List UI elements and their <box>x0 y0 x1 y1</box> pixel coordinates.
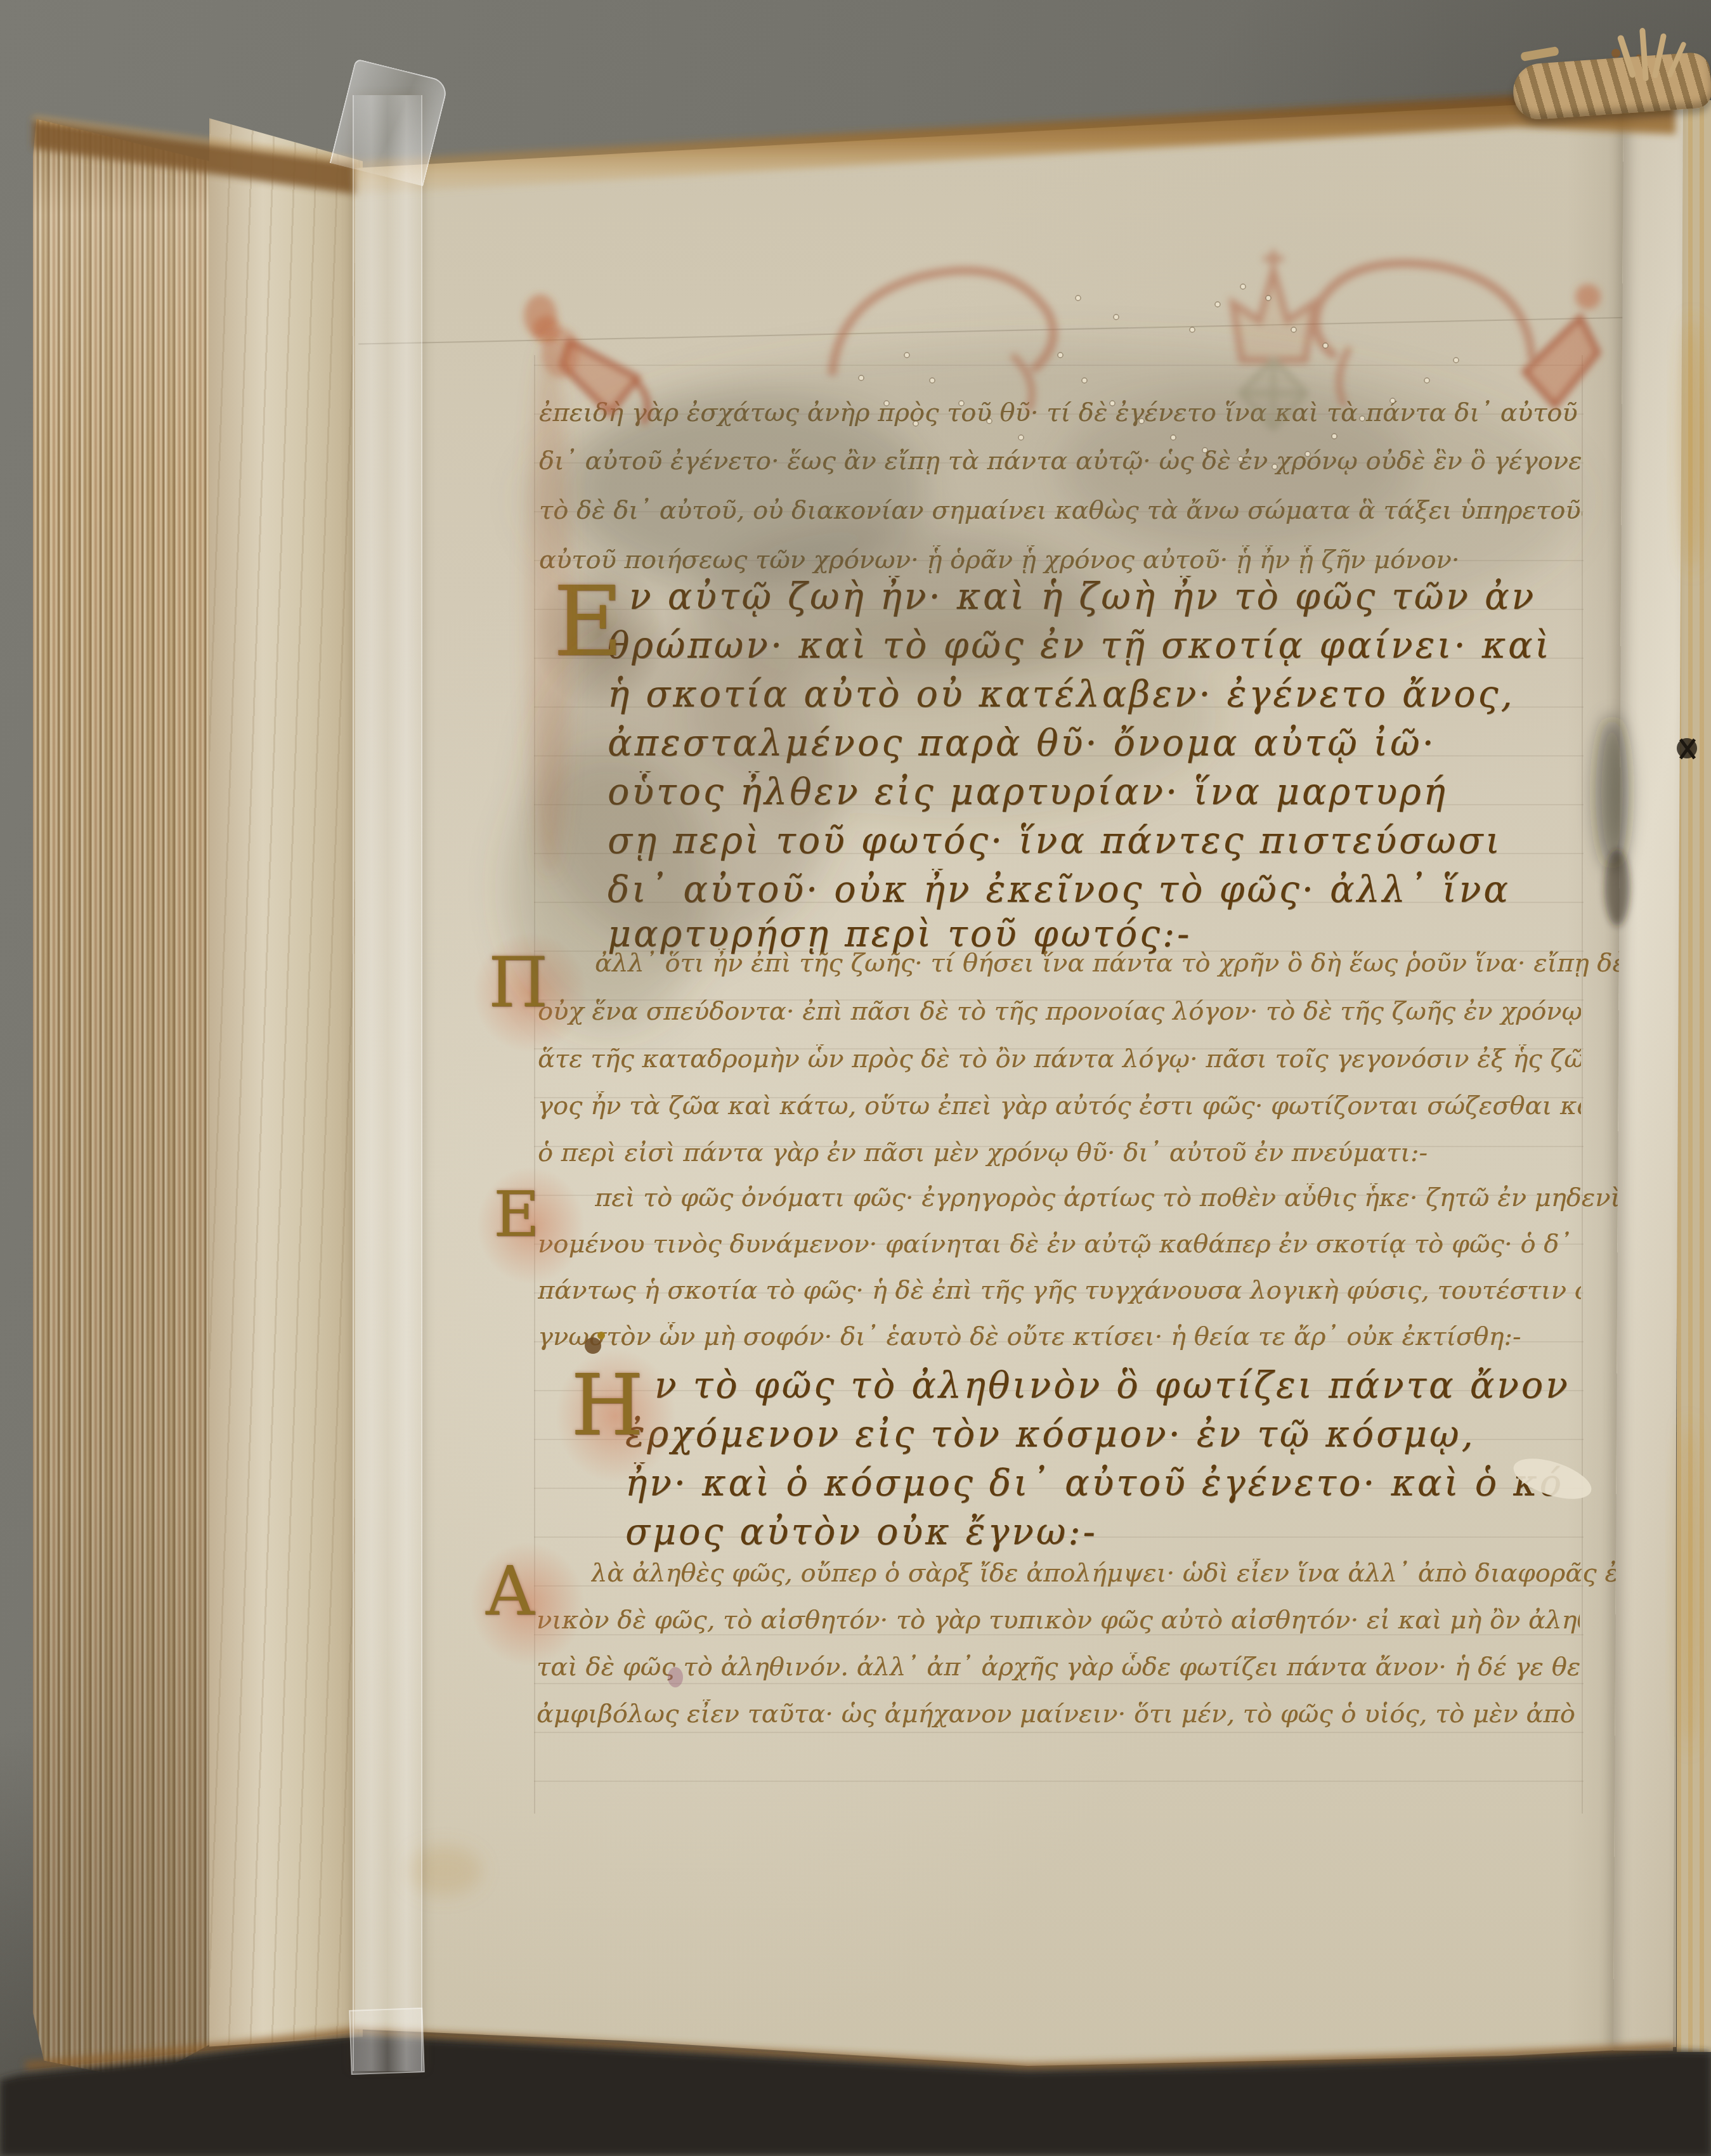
commentary-line: νικὸν δὲ φῶς, τὸ αἰσθητόν· τὸ γὰρ τυπικὸ… <box>537 1606 1580 1635</box>
commentary-line: δι᾽ αὐτοῦ ἐγένετο· ἕως ἂν εἴπῃ τὰ πάντα … <box>539 446 1582 476</box>
vellum-guard-left <box>209 107 363 2058</box>
commentary-line: ἐπειδὴ γὰρ ἐσχάτως ἀνὴρ πρὸς τοῦ θῦ· τί … <box>539 398 1582 427</box>
manuscript-photo: ἐπειδὴ γὰρ ἐσχάτως ἀνὴρ πρὸς τοῦ θῦ· τί … <box>0 0 1711 2156</box>
next-quire-edge <box>1677 100 1711 2052</box>
commentary-line: ἅτε τῆς καταδρομὴν ὧν πρὸς δὲ τὸ ὂν πάντ… <box>538 1044 1581 1074</box>
commentary-line: τὸ δὲ δι᾽ αὐτοῦ, οὐ διακονίαν σημαίνει κ… <box>539 496 1582 525</box>
commentary-line: ταὶ δὲ φῶς τὸ ἀληθινόν. ἀλλ᾽ ἀπ᾽ ἀρχῆς γ… <box>537 1653 1580 1682</box>
lemma-line: ἡ σκοτία αὐτὸ οὐ κατέλαβεν· ἐγένετο ἄνος… <box>608 673 1515 715</box>
commentary-line: πάντως ἡ σκοτία τὸ φῶς· ἡ δὲ ἐπὶ τῆς γῆς… <box>538 1276 1581 1305</box>
illuminated-initial-eta: Η <box>571 1357 644 1455</box>
commentary-line: ἀλλ᾽ ὅτι ἦν ἐπὶ τῆς ζωῆς· τί θήσει ἵνα π… <box>595 949 1638 978</box>
parchment-crease <box>358 316 1665 344</box>
book-fore-edge-leaves <box>33 95 217 2093</box>
commentary-line: λὰ ἀληθὲς φῶς, οὔπερ ὁ σὰρξ ἴδε ἀπολήμψε… <box>591 1559 1634 1588</box>
illuminated-initial-alpha: Α <box>486 1552 535 1630</box>
lemma-line: ἐρχόμενον εἰς τὸν κόσμον· ἐν τῷ κόσμῳ, <box>625 1413 1476 1455</box>
commentary-line: γος ἦν τὰ ζῶα καὶ κάτω, οὕτω ἐπεὶ γὰρ αὐ… <box>538 1091 1581 1120</box>
illuminated-initial-epsilon-lemma: Ε <box>553 566 623 678</box>
commentary-line: αὐτοῦ ποιήσεως τῶν χρόνων· ᾗ ὁρᾶν ᾗ χρόν… <box>539 545 1460 575</box>
lemma-line: δι᾽ αὐτοῦ· οὐκ ἦν ἐκεῖνος τὸ φῶς· ἀλλ᾽ ἵ… <box>608 869 1511 911</box>
commentary-line: γνωστὸν ὧν μὴ σοφόν· δι᾽ ἑαυτὸ δὲ οὔτε κ… <box>538 1322 1521 1351</box>
illuminated-initial-epsilon: Ε <box>493 1177 540 1251</box>
commentary-line: οὐχ ἕνα σπεύδοντα· ἐπὶ πᾶσι δὲ τὸ τῆς πρ… <box>538 997 1581 1026</box>
lemma-line: οὗτος ἦλθεν εἰς μαρτυρίαν· ἵνα μαρτυρή <box>608 771 1448 813</box>
illuminated-initial-pi: Π <box>488 944 548 1023</box>
lemma-line: σμος αὐτὸν οὐκ ἔγνω:- <box>625 1511 1098 1553</box>
plastic-strap-bottom-wrap <box>349 2008 424 2075</box>
lemma-line: θρώπων· καὶ τὸ φῶς ἐν τῇ σκοτίᾳ φαίνει· … <box>608 625 1552 666</box>
lemma-line: ν τὸ φῶς τὸ ἀληθινὸν ὃ φωτίζει πάντα ἄνο… <box>654 1365 1570 1406</box>
lemma-line: σῃ περὶ τοῦ φωτός· ἵνα πάντες πιστεύσωσι <box>608 820 1502 862</box>
commentary-line: ἀμφιβόλως εἶεν ταῦτα· ὡς ἀμήχανον μαίνει… <box>537 1699 1580 1729</box>
commentary-line: ὁ περὶ εἰσὶ πάντα γὰρ ἐν πᾶσι μὲν χρόνῳ … <box>538 1138 1428 1167</box>
lemma-line: ἦν· καὶ ὁ κόσμος δι᾽ αὐτοῦ ἐγένετο· καὶ … <box>625 1462 1564 1504</box>
gutter-guard-strip <box>1613 95 1683 2051</box>
lemma-line: ν αὐτῷ ζωὴ ἦν· καὶ ἡ ζωὴ ἦν τὸ φῶς τῶν ἀ… <box>629 576 1536 618</box>
commentary-line: νομένου τινὸς δυνάμενον· φαίνηται δὲ ἐν … <box>538 1230 1581 1259</box>
commentary-line: πεὶ τὸ φῶς ὀνόματι φῶς· ἐγρηγορὸς ἀρτίως… <box>595 1183 1638 1212</box>
plastic-strap <box>353 95 422 2071</box>
lemma-line: ἀπεσταλμένος παρὰ θῦ· ὄνομα αὐτῷ ἰῶ· <box>608 722 1436 764</box>
